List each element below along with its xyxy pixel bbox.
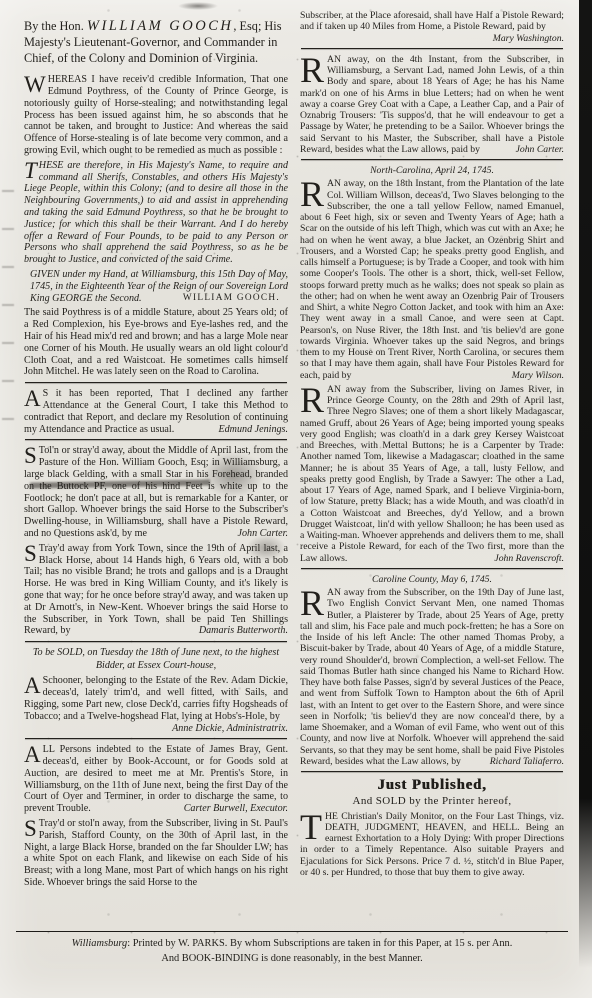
ad-stolen-gelding: STol'n or stray'd away, about the Middle… bbox=[24, 445, 288, 539]
drop-cap: R bbox=[300, 54, 327, 84]
ad-text: ALL Persons indebted to the Estate of Ja… bbox=[24, 744, 288, 815]
governor-name: WILLIAM GOOCH bbox=[87, 18, 233, 34]
ad-text: RAN away from the Subscriber, living on … bbox=[300, 384, 564, 564]
ad-bray-estate: ALL Persons indebted to the Estate of Ja… bbox=[24, 744, 288, 815]
ink-smudge bbox=[2, 190, 14, 420]
body-text: Tray'd or stol'n away, from the Subscrib… bbox=[24, 818, 288, 888]
section-divider bbox=[301, 159, 563, 160]
ad-strayed-york-horse: STray'd away from York Town, since the 1… bbox=[24, 543, 288, 637]
body-text: AN away from the Subscriber, living on J… bbox=[300, 384, 564, 564]
drop-cap: A bbox=[24, 675, 43, 694]
scan-edge-bar bbox=[579, 0, 592, 998]
section-divider bbox=[25, 738, 287, 739]
drop-cap: R bbox=[300, 384, 327, 414]
imprint-place: Williamsburg bbox=[72, 938, 128, 949]
ad-text: RAN away, on the 4th Instant, from the S… bbox=[300, 54, 564, 155]
section-divider bbox=[25, 382, 287, 383]
signature: Anne Dickie, Administratrix. bbox=[162, 723, 288, 735]
dateline: North-Carolina, April 24, 1745. bbox=[300, 165, 564, 176]
ad-text: The said Poythress is of a middle Statur… bbox=[24, 307, 288, 378]
published-subheading: And SOLD by the Printer hereof, bbox=[300, 795, 564, 808]
body-text: AN away, on the 4th Instant, from the Su… bbox=[300, 54, 564, 155]
section-divider bbox=[301, 48, 563, 49]
ad-text: Subscriber, at the Place aforesaid, shal… bbox=[300, 10, 564, 44]
governor-header: By the Hon. WILLIAM GOOCH, Esq; His Maje… bbox=[24, 17, 288, 66]
signature: WILLIAM GOOCH. bbox=[173, 293, 280, 304]
signature: Mary Wilson. bbox=[502, 370, 564, 381]
proclamation-whereas: WHEREAS I have receiv'd credible Informa… bbox=[24, 74, 288, 157]
drop-cap: W bbox=[24, 74, 48, 93]
drop-cap: T bbox=[300, 811, 325, 841]
section-divider bbox=[25, 641, 287, 642]
ad-text: STol'n or stray'd away, about the Middle… bbox=[24, 445, 288, 539]
signature: John Carter. bbox=[228, 528, 288, 540]
section-divider bbox=[25, 439, 287, 440]
body-text: Subscriber, at the Place aforesaid, shal… bbox=[300, 10, 564, 32]
ad-text: A Schooner, belonging to the Estate of t… bbox=[24, 675, 288, 734]
ink-smudge bbox=[178, 2, 218, 10]
body-text: AN away from the Subscriber, on the 19th… bbox=[300, 587, 564, 767]
body-text: Tol'n or stray'd away, about the Middle … bbox=[24, 445, 288, 539]
drop-cap: S bbox=[24, 818, 39, 837]
body-text: Schooner, belonging to the Estate of the… bbox=[24, 675, 288, 721]
published-heading: Just Published, bbox=[300, 777, 564, 794]
section-divider bbox=[301, 568, 563, 569]
body-text: HESE are therefore, in His Majesty's Nam… bbox=[24, 160, 288, 265]
ad-runaway-wilson: North-Carolina, April 24, 1745. RAN away… bbox=[300, 165, 564, 381]
drop-cap: T bbox=[24, 160, 39, 179]
ad-attendance-notice: AS it has been reported, That I declined… bbox=[24, 388, 288, 435]
sale-heading: To be SOLD, on Tuesday the 18th of June … bbox=[24, 647, 288, 672]
signature: Carter Burwell, Executor. bbox=[174, 803, 288, 815]
imprint-footer: Williamsburg: Printed by W. PARKS. By wh… bbox=[16, 931, 568, 967]
proclamation-therefore: THESE are therefore, in His Majesty's Na… bbox=[24, 160, 288, 266]
drop-cap: S bbox=[24, 543, 39, 562]
proclamation-given: GIVEN under my Hand, at Williamsburg, th… bbox=[24, 269, 288, 304]
body-text: Tray'd away from York Town, since the 19… bbox=[24, 543, 288, 637]
left-column: By the Hon. WILLIAM GOOCH, Esq; His Maje… bbox=[24, 10, 288, 932]
newspaper-page: By the Hon. WILLIAM GOOCH, Esq; His Maje… bbox=[0, 0, 592, 998]
drop-cap: R bbox=[300, 178, 327, 208]
ad-strayed-stafford-horse: STray'd or stol'n away, from the Subscri… bbox=[24, 818, 288, 889]
imprint-line-1: Williamsburg: Printed by W. PARKS. By wh… bbox=[22, 937, 562, 952]
imprint-line-2: And BOOK-BINDING is done reasonably, in … bbox=[22, 952, 562, 967]
imprint-rest: : Printed by W. PARKS. By whom Subscript… bbox=[127, 938, 512, 949]
ad-text: WHEREAS I have receiv'd credible Informa… bbox=[24, 74, 288, 157]
ad-text: THE Christian's Daily Monitor, on the Fo… bbox=[300, 811, 564, 879]
ad-text: RAN away from the Subscriber, on the 19t… bbox=[300, 587, 564, 767]
body-text: AN away, on the 18th Instant, from the P… bbox=[300, 178, 564, 380]
signature: Mary Washington. bbox=[483, 33, 564, 44]
signature: John Ravenscroft. bbox=[484, 553, 564, 564]
ad-text: THESE are therefore, in His Majesty's Na… bbox=[24, 160, 288, 266]
drop-cap: R bbox=[300, 587, 327, 617]
signature: John Carter. bbox=[506, 144, 564, 155]
body-text: HE Christian's Daily Monitor, on the Fou… bbox=[300, 811, 564, 878]
poythress-description: The said Poythress is of a middle Statur… bbox=[24, 307, 288, 378]
ad-text: STray'd or stol'n away, from the Subscri… bbox=[24, 818, 288, 889]
ad-schooner-sale: To be SOLD, on Tuesday the 18th of June … bbox=[24, 647, 288, 734]
header-lead: By the Hon. bbox=[24, 19, 87, 33]
columns: By the Hon. WILLIAM GOOCH, Esq; His Maje… bbox=[24, 10, 564, 932]
signature: Damaris Butterworth. bbox=[189, 625, 288, 637]
ad-runaway-taliaferro: Caroline County, May 6, 1745. RAN away f… bbox=[300, 574, 564, 767]
section-divider bbox=[301, 771, 563, 772]
drop-cap: A bbox=[24, 388, 43, 407]
ad-text: STray'd away from York Town, since the 1… bbox=[24, 543, 288, 637]
signature: Richard Taliaferro. bbox=[480, 756, 564, 767]
right-column: Subscriber, at the Place aforesaid, shal… bbox=[300, 10, 564, 932]
ad-continuation-washington: Subscriber, at the Place aforesaid, shal… bbox=[300, 10, 564, 44]
drop-cap: S bbox=[24, 445, 39, 464]
ad-runaway-ravenscroft: RAN away from the Subscriber, living on … bbox=[300, 384, 564, 564]
ad-text: AS it has been reported, That I declined… bbox=[24, 388, 288, 435]
body-text: HEREAS I have receiv'd credible Informat… bbox=[24, 74, 288, 156]
drop-cap: A bbox=[24, 744, 43, 763]
ad-runaway-lewis: RAN away, on the 4th Instant, from the S… bbox=[300, 54, 564, 155]
dateline: Caroline County, May 6, 1745. bbox=[300, 574, 564, 585]
signature: Edmund Jenings. bbox=[208, 424, 288, 436]
ad-text: GIVEN under my Hand, at Williamsburg, th… bbox=[30, 269, 288, 304]
ad-just-published: Just Published, And SOLD by the Printer … bbox=[300, 777, 564, 878]
body-text: The said Poythress is of a middle Statur… bbox=[24, 307, 288, 377]
ad-text: RAN away, on the 18th Instant, from the … bbox=[300, 178, 564, 381]
